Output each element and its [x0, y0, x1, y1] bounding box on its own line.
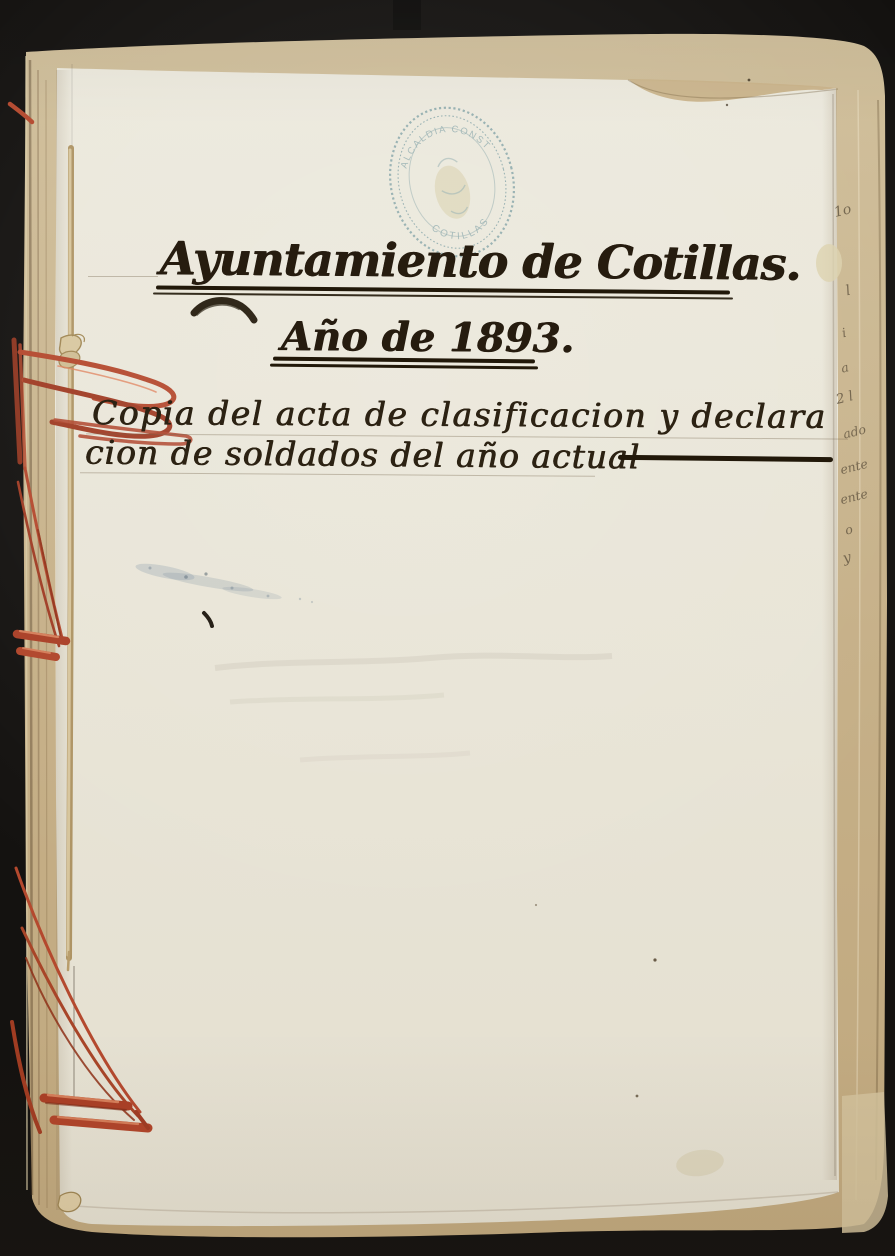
- top-notch: [393, 0, 421, 30]
- subtitle-line-2: cion de soldados del año actual: [85, 436, 641, 474]
- scanned-manuscript-photo: ALCALDIA CONSTITUCIONAL COTILLAS: [0, 0, 895, 1256]
- subtitle-line-1: Copia del acta de clasificacion y declar…: [92, 396, 827, 433]
- guide-line: [88, 276, 158, 277]
- year-heading: Año de 1893.: [281, 317, 575, 359]
- cord-end-knot: [58, 1192, 81, 1211]
- page-title: Ayuntamiento de Cotillas.: [160, 235, 801, 287]
- document-scan-artwork: ALCALDIA CONSTITUCIONAL COTILLAS: [0, 0, 895, 1256]
